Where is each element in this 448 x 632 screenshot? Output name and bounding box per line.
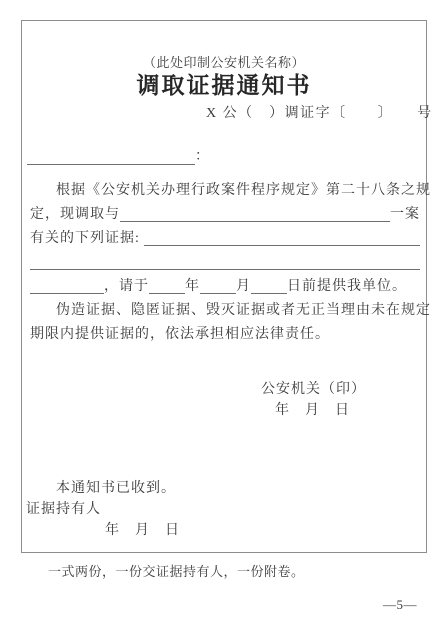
document-number-line: X 公（ ）调证字〔 〕 号	[206, 102, 433, 122]
addressee-colon: ：	[195, 144, 210, 170]
body-line-7: 期限内提供证据的，依法承担相应法律责任。	[30, 323, 420, 347]
body-text-case-suffix: 一案	[390, 203, 420, 227]
body-text-retrieve-pre: 定，现调取与	[30, 203, 120, 227]
copies-footnote: 一式两份，一份交证据持有人，一份附卷。	[48, 561, 305, 580]
document-title: 调取证据通知书	[22, 67, 426, 100]
issuing-org-seal-label: 公安机关（印）	[261, 378, 366, 398]
body-text-warning-2: 期限内提供证据的，依法承担相应法律责任。	[30, 323, 330, 347]
evidence-blank-1	[144, 245, 420, 246]
body-text-year: 年	[185, 275, 200, 299]
case-name-blank	[120, 221, 390, 222]
addressee-blank	[27, 164, 195, 165]
evidence-blank-2	[30, 269, 420, 270]
receipt-acknowledgement: 本通知书已收到。	[56, 477, 176, 497]
evidence-blank-3	[30, 293, 104, 294]
body-text-month: 月	[236, 275, 251, 299]
body-line-3: 有关的下列证据:	[30, 227, 420, 251]
body-text-warning-1: 伪造证据、隐匿证据、毁灭证据或者无正当理由未在规定	[30, 299, 431, 323]
addressee-line: ：	[27, 144, 420, 170]
body-text-evidence-label: 有关的下列证据:	[30, 227, 144, 251]
issuing-date-line: 年 月 日	[275, 399, 350, 419]
body-text-deadline-pre: ，请于	[104, 275, 149, 299]
page-number: —5—	[383, 597, 417, 613]
body-line-5: ，请于 年 月 日前提供我单位。	[30, 275, 420, 299]
body-line-1: 根据《公安机关办理行政案件程序规定》第二十八条之规	[30, 179, 420, 203]
day-blank	[251, 293, 287, 294]
receipt-date-line: 年 月 日	[105, 519, 180, 539]
document-border-box: （此处印制公安机关名称） 调取证据通知书 X 公（ ）调证字〔 〕 号 ： 根据…	[21, 20, 427, 553]
year-blank	[149, 293, 185, 294]
scanned-form-page: （此处印制公安机关名称） 调取证据通知书 X 公（ ）调证字〔 〕 号 ： 根据…	[0, 0, 448, 632]
body-line-6: 伪造证据、隐匿证据、毁灭证据或者无正当理由未在规定	[30, 299, 420, 323]
document-body: 根据《公安机关办理行政案件程序规定》第二十八条之规 定，现调取与 一案 有关的下…	[30, 179, 420, 347]
body-text-deadline-suffix: 日前提供我单位。	[287, 275, 407, 299]
body-text-regulation: 根据《公安机关办理行政案件程序规定》第二十八条之规	[30, 179, 431, 203]
body-line-2: 定，现调取与 一案	[30, 203, 420, 227]
month-blank	[200, 293, 236, 294]
evidence-holder-label: 证据持有人	[26, 498, 101, 518]
body-line-4	[30, 251, 420, 275]
